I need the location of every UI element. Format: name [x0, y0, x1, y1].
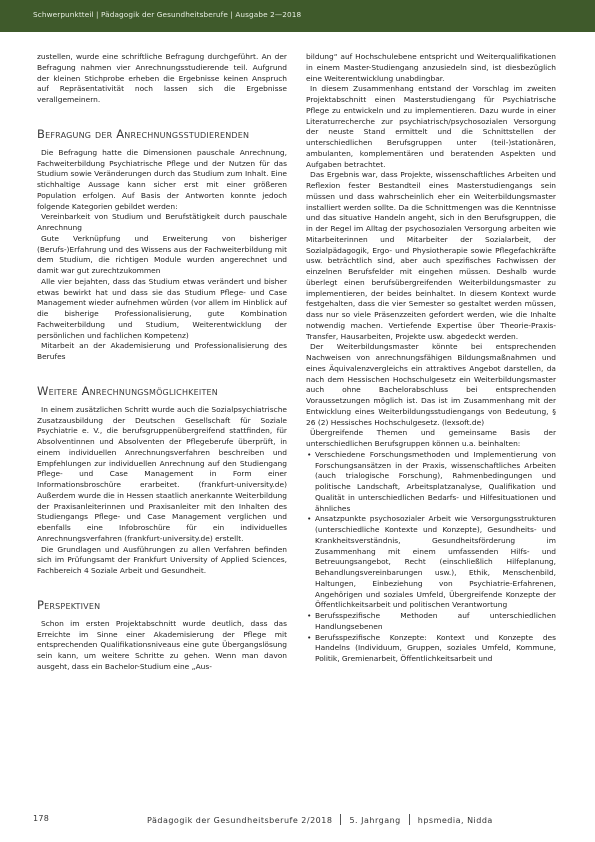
body-paragraph: Übergreifende Themen und gemeinsame Basi…	[306, 428, 556, 450]
body-paragraph: Das Ergebnis war, dass Projekte, wissens…	[306, 170, 556, 342]
section-heading-weitere: Weitere Anrechnungsmöglichkeiten	[37, 384, 287, 398]
footer-journal: Pädagogik der Gesundheitsberufe 2/2018	[147, 816, 332, 825]
page-number: 178	[33, 814, 49, 823]
body-paragraph: Gute Verknüpfung und Erweiterung von bis…	[37, 234, 287, 277]
body-paragraph: Die Befragung hatte die Dimensionen paus…	[37, 148, 287, 213]
page-footer: 178 Pädagogik der Gesundheitsberufe 2/20…	[0, 812, 595, 832]
footer-divider	[340, 814, 341, 825]
body-paragraph: In einem zusätzlichen Schritt wurde auch…	[37, 405, 287, 545]
footer-publisher: hpsmedia, Nidda	[418, 816, 493, 825]
bullet-item: Verschiedene Forschungsmethoden und Impl…	[306, 450, 556, 515]
footer-volume: 5. Jahrgang	[349, 816, 400, 825]
bullet-item: Ansatzpunkte psychosozialer Arbeit wie V…	[306, 514, 556, 611]
intro-paragraph: zustellen, wurde eine schriftliche Befra…	[37, 52, 287, 106]
running-header-title: Schwerpunktteil | Pädagogik der Gesundhe…	[33, 10, 301, 19]
footer-divider	[409, 814, 410, 825]
body-paragraph: Mitarbeit an der Akademisierung und Prof…	[37, 341, 287, 363]
footer-publication-info: Pädagogik der Gesundheitsberufe 2/20185.…	[147, 814, 493, 825]
section-heading-perspektiven: Perspektiven	[37, 598, 287, 612]
left-column: zustellen, wurde eine schriftliche Befra…	[37, 52, 287, 673]
right-column: bildung“ auf Hochschulebene entspricht u…	[306, 52, 556, 665]
body-paragraph: Alle vier bejahten, dass das Studium etw…	[37, 277, 287, 342]
body-paragraph: Schon im ersten Projektabschnitt wurde d…	[37, 619, 287, 673]
body-paragraph: Vereinbarkeit von Studium und Berufstäti…	[37, 212, 287, 234]
body-paragraph: bildung“ auf Hochschulebene entspricht u…	[306, 52, 556, 84]
bullet-item: Berufsspezifische Konzepte: Kontext und …	[306, 633, 556, 665]
body-paragraph: Der Weiterbildungsmaster könnte bei ents…	[306, 342, 556, 428]
body-paragraph: In diesem Zusammenhang entstand der Vors…	[306, 84, 556, 170]
running-header-bar: Schwerpunktteil | Pädagogik der Gesundhe…	[0, 0, 595, 32]
topic-bullet-list: Verschiedene Forschungsmethoden und Impl…	[306, 450, 556, 665]
section-heading-befragung: Befragung der Anrechnungsstudierenden	[37, 127, 287, 141]
body-paragraph: Die Grundlagen und Ausführungen zu allen…	[37, 545, 287, 577]
bullet-item: Berufsspezifische Methoden auf unterschi…	[306, 611, 556, 633]
